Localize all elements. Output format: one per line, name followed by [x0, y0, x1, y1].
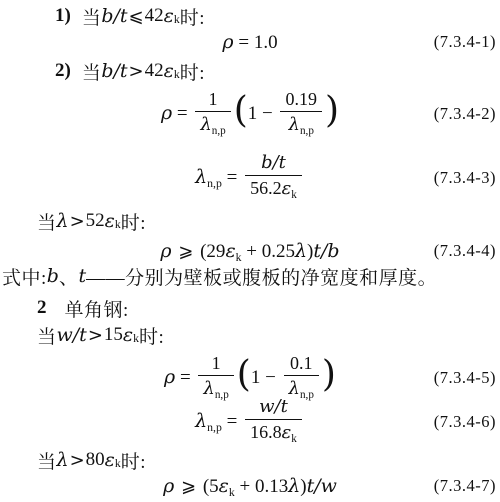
open-paren: (: [234, 90, 248, 131]
formula-7-3-4-3: λn,p = b/t56.2εk: [195, 154, 305, 203]
formula-7-3-4-6: λn,p = w/t16.8εk: [195, 398, 305, 447]
epsilon-symbol: ε: [164, 5, 174, 27]
fraction-denominator: 16.8εk: [245, 420, 302, 445]
condition-post-text: 时:: [121, 208, 146, 235]
equation-row-1: ρ = 1.0 (7.3.4-1): [0, 29, 500, 55]
equation-number: (7.3.4-2): [434, 104, 496, 124]
formula-7-3-4-4: ρ ⩾ (29εk + 0.25λ)t/b: [160, 240, 339, 263]
gt-symbol: >: [69, 450, 86, 471]
equals-sign: =: [234, 32, 254, 53]
where-description: ——分别为壁板或腹板的净宽度和厚度。: [86, 263, 437, 290]
equation-row-3: λn,p = b/t56.2εk (7.3.4-3): [0, 152, 500, 204]
epsilon-symbol: ε: [282, 422, 292, 443]
fraction-denominator: λn,p: [195, 112, 230, 137]
epsilon-subscript: k: [174, 68, 180, 82]
equation-number: (7.3.4-5): [434, 368, 496, 388]
one: 1: [248, 102, 258, 123]
equals-sign: =: [172, 102, 192, 123]
gt-symbol: >: [87, 325, 104, 346]
math-var-tb: t/b: [313, 240, 339, 262]
math-var-t: t: [78, 265, 86, 287]
standard-document-page: 1) 当 b/t ⩽ 42 ε k 时: ρ = 1.0 (7.3.4-1) 2…: [0, 0, 500, 502]
epsilon-symbol: ε: [123, 324, 133, 346]
formula-7-3-4-2: ρ = 1λn,p(1 − 0.19λn,p): [161, 90, 339, 139]
math-var-bt: b/t: [101, 5, 127, 27]
enumeration-comma: 、: [59, 263, 79, 290]
open-paren-coef: (5: [203, 476, 219, 497]
fraction-numerator: b/t: [245, 152, 302, 177]
formula-7-3-4-1: ρ = 1.0: [222, 31, 277, 54]
coefficient: 42: [145, 5, 164, 27]
condition-post-text: 时:: [121, 447, 146, 474]
epsilon-subscript: k: [291, 189, 297, 201]
equation-number: (7.3.4-7): [434, 476, 496, 496]
plus-term: + 0.25: [242, 241, 295, 262]
lambda-subscript: n,p: [207, 177, 222, 190]
formula-7-3-4-7: ρ ⩾ (5εk + 0.13λ)t/w: [163, 475, 337, 498]
math-var-bt: b/t: [101, 60, 127, 82]
close-paren: ): [325, 90, 339, 131]
condition-post-text: 时:: [180, 58, 205, 85]
condition-line-2: 2) 当 b/t > 42 ε k 时:: [0, 58, 500, 84]
coefficient: 52: [86, 210, 105, 232]
equation-row-6: λn,p = w/t16.8εk (7.3.4-6): [0, 396, 500, 448]
section-number: 2: [37, 297, 47, 319]
gt-symbol: >: [128, 61, 145, 82]
rho-symbol: ρ: [160, 240, 171, 262]
section-heading-2: 2 单角钢:: [0, 295, 500, 321]
list-marker-2: 2): [55, 60, 71, 82]
equation-row-4: ρ ⩾ (29εk + 0.25λ)t/b (7.3.4-4): [0, 237, 500, 265]
coefficient: 80: [86, 449, 105, 471]
epsilon-subscript: k: [174, 13, 180, 27]
open-paren-coef: (29: [200, 241, 225, 262]
epsilon-symbol: ε: [105, 210, 115, 232]
geq-symbol: ⩾: [174, 476, 203, 497]
epsilon-subscript: k: [229, 486, 235, 499]
condition-post-text: 时:: [180, 3, 205, 30]
lambda-symbol: λ: [289, 114, 300, 135]
equals-sign: =: [222, 410, 242, 431]
gt-symbol: >: [69, 211, 86, 232]
value: 1.0: [254, 32, 278, 53]
equation-number: (7.3.4-6): [434, 412, 496, 432]
fraction-numerator: w/t: [245, 396, 302, 421]
fraction-denominator: λn,p: [280, 112, 322, 137]
epsilon-subscript: k: [115, 457, 121, 471]
math-var-tw: t/w: [307, 475, 337, 497]
fraction-numerator: 1: [198, 352, 233, 377]
equation-number: (7.3.4-4): [434, 241, 496, 261]
fraction-denominator: 56.2εk: [245, 176, 302, 201]
denominator-coefficient: 56.2: [250, 178, 282, 198]
where-clause-line: 式中: b 、 t ——分别为壁板或腹板的净宽度和厚度。: [0, 262, 500, 290]
denominator-coefficient: 16.8: [250, 422, 282, 442]
equals-sign: =: [222, 166, 242, 187]
coefficient: 42: [145, 60, 164, 82]
equation-number: (7.3.4-3): [434, 168, 496, 188]
condition-pre-text: 当: [37, 322, 57, 349]
epsilon-symbol: ε: [225, 240, 235, 262]
one: 1: [251, 366, 261, 387]
condition-pre-text: 当: [82, 58, 102, 85]
epsilon-symbol: ε: [164, 60, 174, 82]
lambda-symbol: λ: [57, 210, 69, 232]
coefficient: 15: [104, 324, 123, 346]
epsilon-subscript: k: [133, 332, 139, 346]
lambda-symbol: λ: [200, 114, 211, 135]
condition-pre-text: 当: [82, 3, 102, 30]
fraction: 0.19λn,p: [280, 88, 322, 137]
equation-row-2: ρ = 1λn,p(1 − 0.19λn,p) (7.3.4-2): [0, 86, 500, 142]
lambda-symbol: λ: [195, 165, 207, 187]
lambda-symbol: λ: [195, 409, 207, 431]
minus-sign: −: [260, 366, 280, 387]
lambda-subscript: n,p: [207, 421, 222, 434]
fraction-numerator: 0.1: [284, 352, 319, 377]
fraction: b/t56.2εk: [245, 152, 302, 201]
condition-pre-text: 当: [37, 208, 57, 235]
where-label: 式中:: [2, 263, 47, 290]
leq-symbol: ⩽: [128, 6, 145, 27]
rho-symbol: ρ: [163, 475, 174, 497]
epsilon-subscript: k: [115, 218, 121, 232]
fraction: 0.1λn,p: [284, 352, 319, 401]
open-paren: (: [237, 354, 251, 395]
rho-symbol: ρ: [164, 365, 175, 387]
lambda-symbol: λ: [288, 475, 300, 497]
epsilon-symbol: ε: [219, 475, 229, 497]
plus-term: + 0.13: [235, 476, 288, 497]
fraction-numerator: 1: [195, 88, 230, 113]
equation-row-7: ρ ⩾ (5εk + 0.13λ)t/w (7.3.4-7): [0, 472, 500, 500]
lambda-subscript: n,p: [300, 125, 314, 137]
lambda-subscript: n,p: [212, 125, 226, 137]
epsilon-symbol: ε: [282, 178, 292, 199]
epsilon-symbol: ε: [105, 449, 115, 471]
math-var-wt: w/t: [57, 324, 87, 346]
rho-symbol: ρ: [222, 31, 233, 53]
fraction: 1λn,p: [198, 352, 233, 401]
condition-line-1: 1) 当 b/t ⩽ 42 ε k 时:: [0, 3, 500, 29]
lambda-symbol: λ: [295, 240, 307, 262]
equation-number: (7.3.4-1): [434, 32, 496, 52]
equals-sign: =: [175, 366, 195, 387]
fraction: 1λn,p: [195, 88, 230, 137]
list-marker-1: 1): [55, 5, 71, 27]
condition-line-3: 当 λ > 52 ε k 时:: [0, 208, 500, 234]
fraction: w/t16.8εk: [245, 396, 302, 445]
rho-symbol: ρ: [161, 101, 172, 123]
lambda-symbol: λ: [57, 449, 69, 471]
condition-line-4: 当 w/t > 15 ε k 时:: [0, 322, 500, 348]
section-title: 单角钢:: [65, 295, 129, 322]
fraction-numerator: 0.19: [280, 88, 322, 113]
minus-sign: −: [257, 102, 277, 123]
condition-post-text: 时:: [139, 322, 164, 349]
epsilon-subscript: k: [291, 433, 297, 445]
math-var-b: b: [47, 265, 59, 287]
condition-line-5: 当 λ > 80 ε k 时:: [0, 447, 500, 473]
condition-pre-text: 当: [37, 447, 57, 474]
close-paren: ): [322, 354, 336, 395]
geq-symbol: ⩾: [172, 241, 201, 262]
